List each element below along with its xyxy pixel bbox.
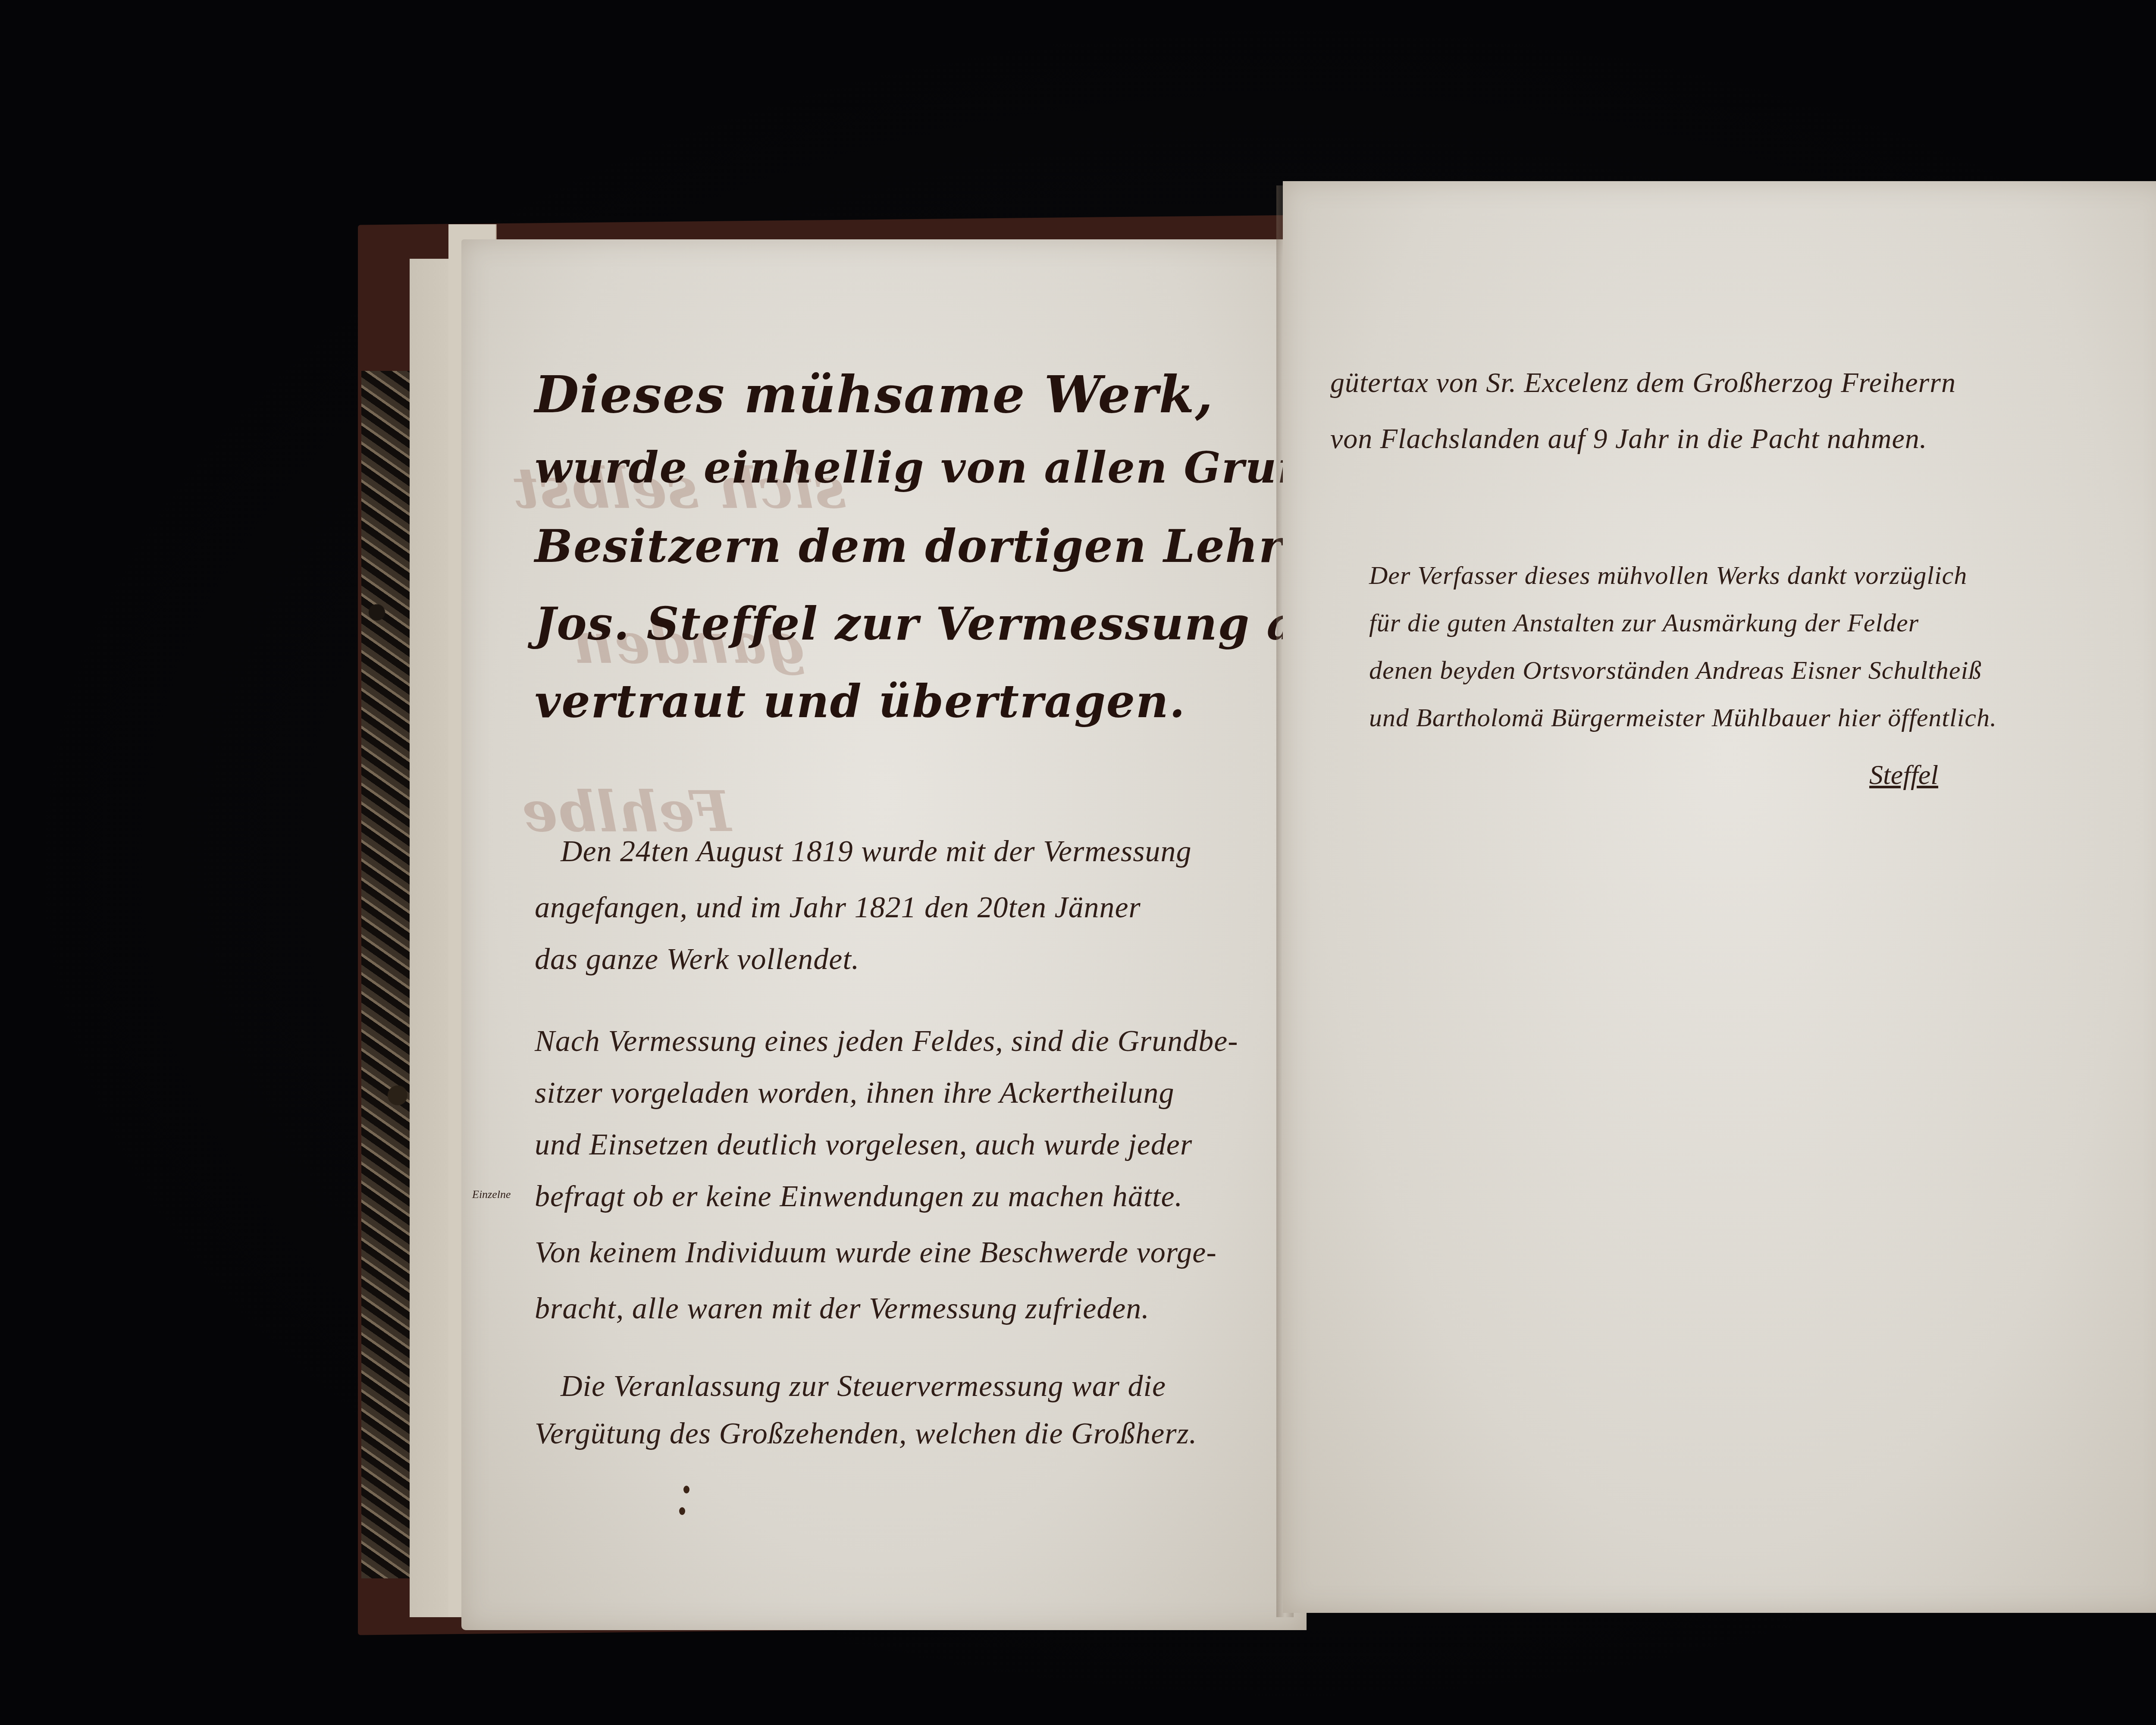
margin-note: Einzelne xyxy=(472,1188,511,1201)
right-page[interactable]: gütertax von Sr. Excelenz dem Großherzog… xyxy=(1283,181,2156,1613)
para2-line-3: und Einsetzen deutlich vorgelesen, auch … xyxy=(535,1128,1192,1162)
heading-line-4: Jos. Steffel zur Vermessung an- xyxy=(535,597,1350,650)
heading-line-3: Besitzern dem dortigen Lehrer xyxy=(535,520,1337,573)
right-para1-line-2: von Flachslanden auf 9 Jahr in die Pacht… xyxy=(1330,423,1927,455)
right-para2-line-1: Der Verfasser dieses mühvollen Werks dan… xyxy=(1369,561,1967,590)
para2-line-4: befragt ob er keine Einwendungen zu mach… xyxy=(535,1179,1183,1214)
right-para2-line-2: für die guten Anstalten zur Ausmärkung d… xyxy=(1369,608,1919,638)
para1-line-3: das ganze Werk vollendet. xyxy=(535,942,859,977)
marbled-cover-edge xyxy=(361,371,413,1578)
right-para2-line-3: denen beyden Ortsvorständen Andreas Eisn… xyxy=(1369,655,1982,685)
ink-blot xyxy=(683,1486,689,1493)
right-para2-line-4: und Bartholomä Bürgermeister Mühlbauer h… xyxy=(1369,703,1997,733)
heading-line-1: Dieses mühsame Werk, xyxy=(535,364,1214,424)
heading-line-2: wurde einhellig von allen Grund- xyxy=(535,442,1359,493)
para1-line-2: angefangen, und im Jahr 1821 den 20ten J… xyxy=(535,891,1141,925)
para3-line-1: Die Veranlassung zur Steuervermessung wa… xyxy=(561,1369,1166,1404)
heading-line-5: vertraut und übertragen. xyxy=(535,675,1186,728)
signature: Steffel xyxy=(1869,759,1938,791)
left-page[interactable]: sich selbst ganden Fehlbe Dieses mühsame… xyxy=(461,239,1307,1630)
para2-line-6: bracht, alle waren mit der Vermessung zu… xyxy=(535,1292,1150,1326)
para1-line-1: Den 24ten August 1819 wurde mit der Verm… xyxy=(561,834,1191,869)
para2-line-5: Von keinem Individuum wurde eine Beschwe… xyxy=(535,1236,1217,1270)
right-para1-line-1: gütertax von Sr. Excelenz dem Großherzog… xyxy=(1330,367,1956,399)
para3-line-2: Vergütung des Großzehenden, welchen die … xyxy=(535,1417,1197,1451)
ink-blot xyxy=(679,1507,685,1515)
para2-line-2: sitzer vorgeladen worden, ihnen ihre Ack… xyxy=(535,1076,1174,1110)
para2-line-1: Nach Vermessung eines jeden Feldes, sind… xyxy=(535,1024,1238,1059)
